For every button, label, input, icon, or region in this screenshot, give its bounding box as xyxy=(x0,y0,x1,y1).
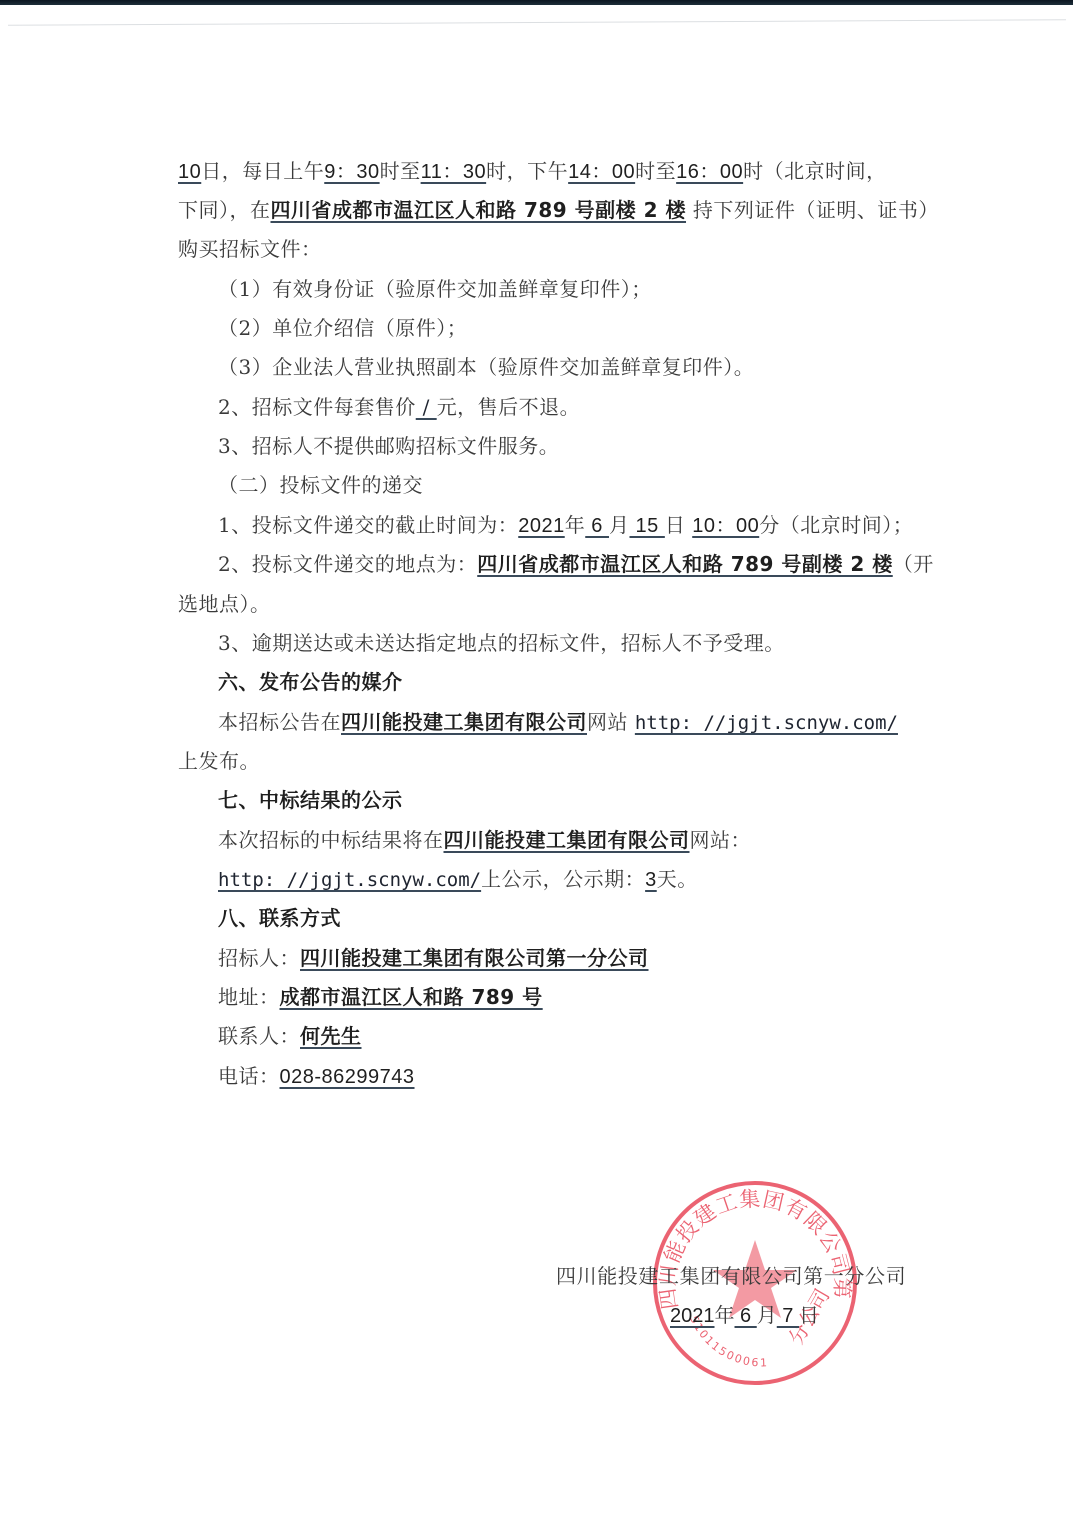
document-price: / xyxy=(416,395,437,419)
late-notice: 3、逾期送达或未送达指定地点的招标文件，招标人不予受理。 xyxy=(218,631,785,655)
section-6-text: 本招标公告在四川能投建工集团有限公司网站 http: //jgjt.scnyw.… xyxy=(218,710,898,735)
submission-deadline: 1、投标文件递交的截止时间为：2021年 6 月 15 日 10：00分（北京时… xyxy=(218,513,913,538)
text: 日，每日上午 xyxy=(201,159,324,183)
purchase-time-line-3: 购买招标文件： xyxy=(178,237,322,261)
signature-month: 6 xyxy=(735,1305,757,1327)
tenderer-name: 四川能投建工集团有限公司第一分公司 xyxy=(300,946,649,970)
submission-address: 四川省成都市温江区人和路 789 号副楼 2 楼 xyxy=(477,552,893,576)
text: 2、招标文件每套售价 xyxy=(218,395,416,419)
contact-address: 地址：成都市温江区人和路 789 号 xyxy=(218,985,543,1009)
text: （开 xyxy=(893,552,934,576)
label: 地址： xyxy=(218,985,280,1009)
contact-phone: 电话：028-86299743 xyxy=(218,1064,415,1089)
text: 年 xyxy=(565,513,586,537)
label: 联系人： xyxy=(218,1024,300,1048)
label: 电话： xyxy=(218,1064,280,1088)
contact-person: 联系人：何先生 xyxy=(218,1024,362,1048)
text: 月 xyxy=(757,1303,777,1327)
label: 招标人： xyxy=(218,946,300,970)
text: 网站 xyxy=(587,710,635,734)
pm-start-time: 14：00 xyxy=(568,161,635,183)
text: 2、投标文件递交的地点为： xyxy=(218,552,477,576)
tenderer-address: 成都市温江区人和路 789 号 xyxy=(280,985,543,1009)
scan-top-border xyxy=(0,0,1073,5)
scan-edge-line xyxy=(8,19,1066,26)
section-7-url-link[interactable]: http: //jgjt.scnyw.com/ xyxy=(218,869,481,891)
section-6-heading: 六、发布公告的媒介 xyxy=(218,670,403,694)
deadline-day: 15 xyxy=(629,515,664,537)
contact-person-name: 何先生 xyxy=(300,1024,362,1048)
signature-company: 四川能投建工集团有限公司第一分公司 xyxy=(556,1264,906,1288)
purchase-address: 四川省成都市温江区人和路 789 号副楼 2 楼 xyxy=(271,198,687,222)
section-7-text-cont: http: //jgjt.scnyw.com/上公示，公示期：3天。 xyxy=(218,867,698,892)
phone-number: 028-86299743 xyxy=(280,1066,415,1088)
price-line: 2、招标文件每套售价 / 元，售后不退。 xyxy=(218,395,580,419)
section-6-text-cont: 上发布。 xyxy=(178,749,260,773)
pm-end-time: 16：00 xyxy=(676,161,743,183)
deadline-time: 10：00 xyxy=(692,515,759,537)
required-document-1: （1）有效身份证（验原件交加盖鲜章复印件）； xyxy=(218,277,652,301)
text: 上公示，公示期： xyxy=(481,867,645,891)
publicity-days: 3 xyxy=(645,869,657,891)
section-7-heading: 七、中标结果的公示 xyxy=(218,788,403,812)
purchase-day: 10 xyxy=(178,161,201,183)
text: 时至 xyxy=(380,159,421,183)
required-document-3: （3）企业法人营业执照副本（验原件交加盖鲜章复印件）。 xyxy=(218,355,754,379)
text: 日 xyxy=(799,1303,819,1327)
section-6-url-link[interactable]: http: //jgjt.scnyw.com/ xyxy=(635,712,898,734)
am-start-time: 9：30 xyxy=(324,161,379,183)
signature-year: 2021 xyxy=(670,1305,715,1327)
section-7-text: 本次招标的中标结果将在四川能投建工集团有限公司网站： xyxy=(218,828,751,852)
deadline-month: 6 xyxy=(585,515,609,537)
purchase-time-line-2: 下同），在四川省成都市温江区人和路 789 号副楼 2 楼 持下列证件（证明、证… xyxy=(178,198,939,222)
section-7-company: 四川能投建工集团有限公司 xyxy=(444,828,690,852)
text: 持下列证件（证明、证书） xyxy=(686,198,939,222)
text: 下同），在 xyxy=(178,198,271,222)
signature-date: 2021年 6 月 7 日 xyxy=(670,1303,819,1328)
text: 网站： xyxy=(690,828,752,852)
deadline-year: 2021 xyxy=(518,515,565,537)
text: 日 xyxy=(665,513,692,537)
section-6-company: 四川能投建工集团有限公司 xyxy=(341,710,587,734)
submission-heading: （二）投标文件的递交 xyxy=(218,473,423,497)
text: 本次招标的中标结果将在 xyxy=(218,828,444,852)
text: 1、投标文件递交的截止时间为： xyxy=(218,513,518,537)
purchase-time-line-1: 10日，每日上午9：30时至11：30时，下午14：00时至16：00时（北京时… xyxy=(178,159,887,184)
text: 元，售后不退。 xyxy=(437,395,581,419)
text: 时至 xyxy=(635,159,676,183)
submission-location: 2、投标文件递交的地点为：四川省成都市温江区人和路 789 号副楼 2 楼（开 xyxy=(218,552,934,576)
no-mail-line: 3、招标人不提供邮购招标文件服务。 xyxy=(218,434,559,458)
required-document-2: （2）单位介绍信（原件）； xyxy=(218,316,467,340)
signature-day: 7 xyxy=(777,1305,799,1327)
submission-location-cont: 选地点）。 xyxy=(178,592,271,616)
text: 本招标公告在 xyxy=(218,710,341,734)
am-end-time: 11：30 xyxy=(421,161,487,183)
text: 月 xyxy=(609,513,630,537)
text: 年 xyxy=(715,1303,735,1327)
text: 时，下午 xyxy=(486,159,568,183)
section-8-heading: 八、联系方式 xyxy=(218,906,341,930)
text: 分（北京时间）； xyxy=(759,513,913,537)
text: 天。 xyxy=(657,867,698,891)
contact-tenderer: 招标人：四川能投建工集团有限公司第一分公司 xyxy=(218,946,649,970)
text: 时（北京时间， xyxy=(743,159,887,183)
